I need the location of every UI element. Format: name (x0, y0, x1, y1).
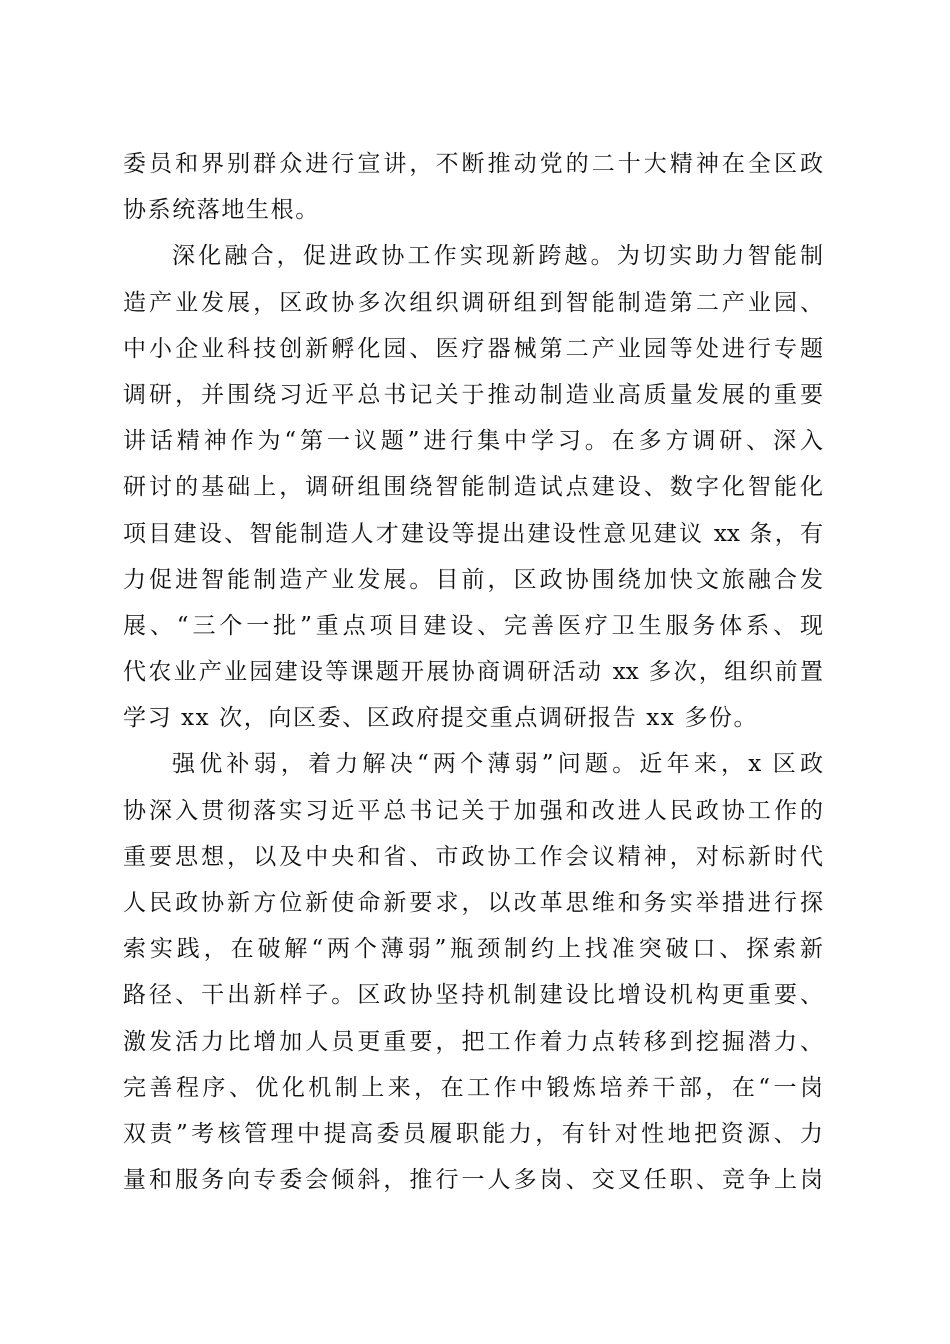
text-line: 讲话精神作为“第一议题”进行集中学习。在多方调研、深入 (123, 418, 823, 464)
text-line: 展、“三个一批”重点项目建设、完善医疗卫生服务体系、现 (123, 603, 823, 649)
document-body: 委员和界别群众进行宣讲，不断推动党的二十大精神在全区政 协系统落地生根。 深化融… (123, 141, 823, 1203)
text-line-indented: 深化融合，促进政协工作实现新跨越。为切实助力智能制 (123, 233, 823, 279)
document-page: 委员和界别群众进行宣讲，不断推动党的二十大精神在全区政 协系统落地生根。 深化融… (0, 0, 950, 1344)
text-line: 完善程序、优化机制上来，在工作中锻炼培养干部，在“一岗 (123, 1065, 823, 1111)
text-line: 委员和界别群众进行宣讲，不断推动党的二十大精神在全区政 (123, 141, 823, 187)
text-line: 学习 xx 次，向区委、区政府提交重点调研报告 xx 多份。 (123, 695, 823, 741)
text-line: 协深入贯彻落实习近平总书记关于加强和改进人民政协工作的 (123, 788, 823, 834)
text-line: 索实践，在破解“两个薄弱”瓶颈制约上找准突破口、探索新 (123, 926, 823, 972)
paragraph-p1-continuation: 委员和界别群众进行宣讲，不断推动党的二十大精神在全区政 协系统落地生根。 (123, 141, 823, 233)
text-line: 项目建设、智能制造人才建设等提出建设性意见建议 xx 条，有 (123, 511, 823, 557)
text-line: 双责”考核管理中提高委员履职能力，有针对性地把资源、力 (123, 1111, 823, 1157)
text-line: 路径、干出新样子。区政协坚持机制建设比增设机构更重要、 (123, 972, 823, 1018)
text-line: 代农业产业园建设等课题开展协商调研活动 xx 多次，组织前置 (123, 649, 823, 695)
text-line: 协系统落地生根。 (123, 187, 823, 233)
text-line-indented: 强优补弱，着力解决“两个薄弱”问题。近年来，x 区政 (123, 741, 823, 787)
text-line: 人民政协新方位新使命新要求，以改革思维和务实举措进行探 (123, 880, 823, 926)
paragraph-strengthen-weaknesses: 强优补弱，着力解决“两个薄弱”问题。近年来，x 区政 协深入贯彻落实习近平总书记… (123, 741, 823, 1203)
paragraph-deepen-integration: 深化融合，促进政协工作实现新跨越。为切实助力智能制 造产业发展，区政协多次组织调… (123, 233, 823, 741)
text-line: 中小企业科技创新孵化园、医疗器械第二产业园等处进行专题 (123, 326, 823, 372)
text-line: 造产业发展，区政协多次组织调研组到智能制造第二产业园、 (123, 280, 823, 326)
text-line: 研讨的基础上，调研组围绕智能制造试点建设、数字化智能化 (123, 464, 823, 510)
text-line: 激发活力比增加人员更重要，把工作着力点转移到挖掘潜力、 (123, 1019, 823, 1065)
text-line: 量和服务向专委会倾斜，推行一人多岗、交叉任职、竞争上岗 (123, 1157, 823, 1203)
text-line: 重要思想，以及中央和省、市政协工作会议精神，对标新时代 (123, 834, 823, 880)
text-line: 力促进智能制造产业发展。目前，区政协围绕加快文旅融合发 (123, 557, 823, 603)
text-line: 调研，并围绕习近平总书记关于推动制造业高质量发展的重要 (123, 372, 823, 418)
